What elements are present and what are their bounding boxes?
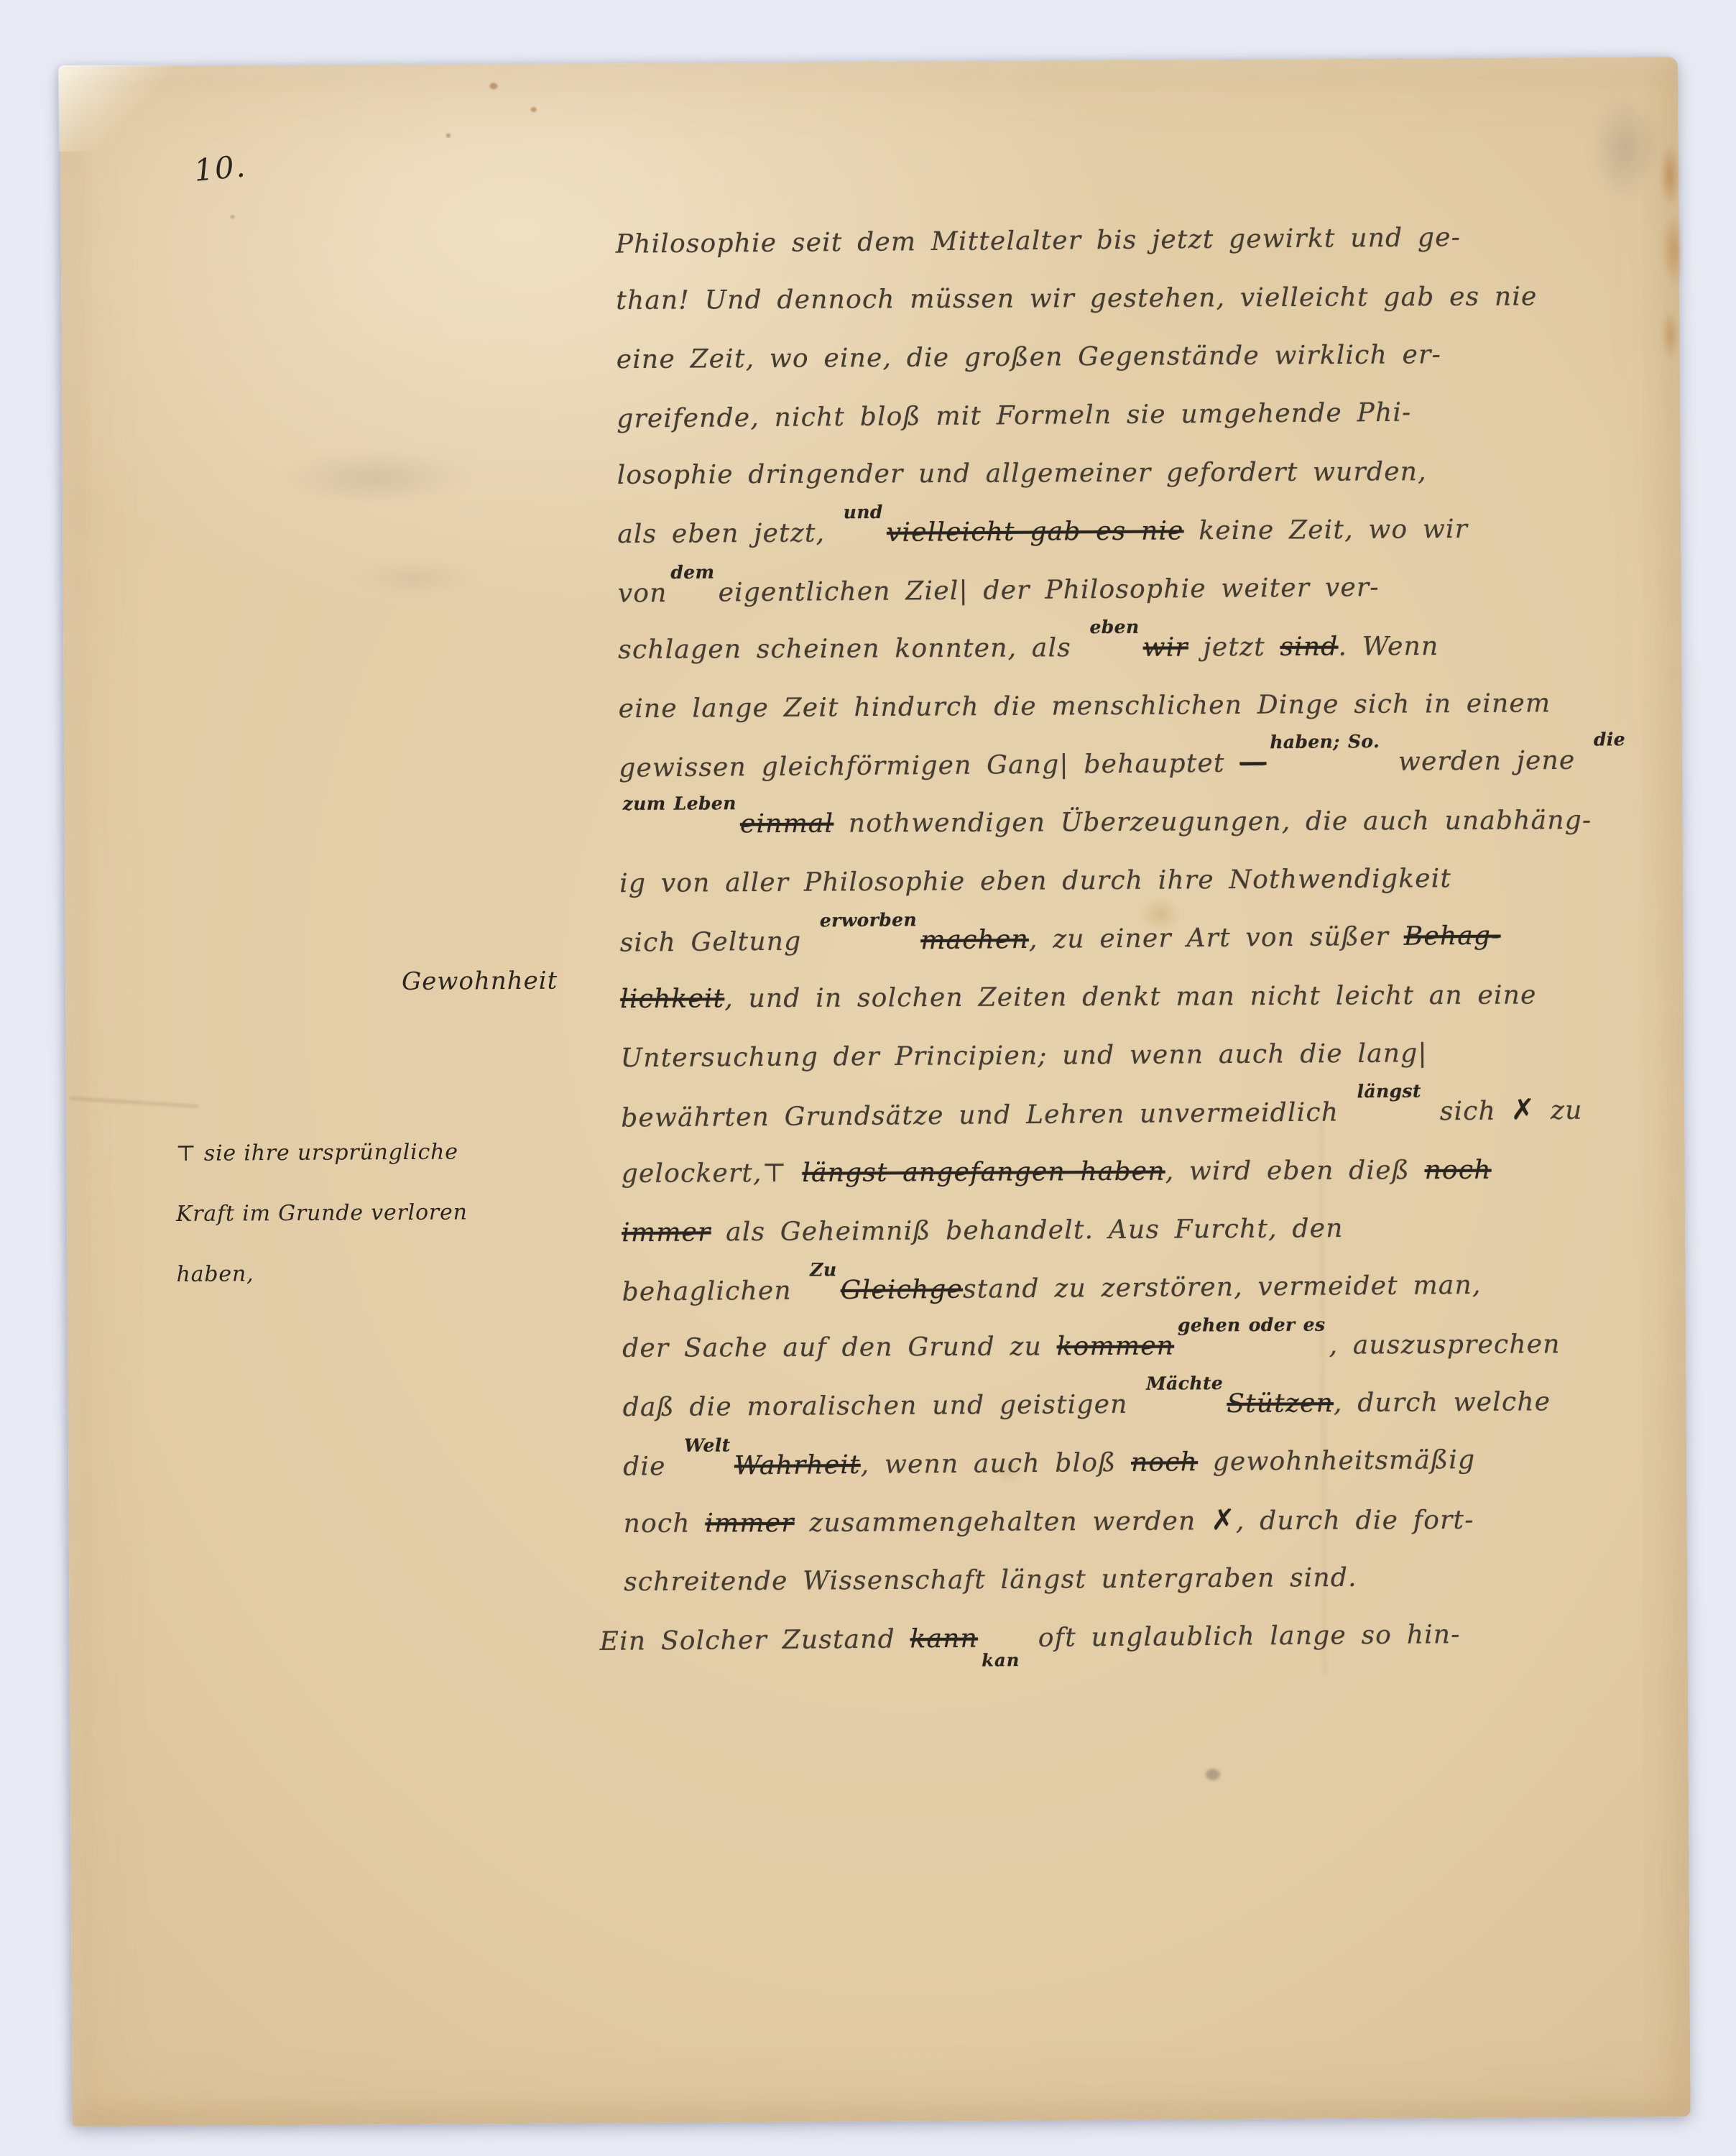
text-run: von [618,579,668,609]
text-run: jetzt [1188,632,1280,663]
text-run: behaglichen [622,1276,807,1307]
manuscript-line: gelockert,⊤ längst angefangen haben, wir… [622,1141,1632,1203]
deleted-text: wir [1143,632,1188,662]
inserted-text-above: dem [670,563,714,581]
text-run: zusammengehalten werden [795,1506,1211,1538]
deleted-text: noch [1131,1447,1198,1478]
inserted-text-above: Welt [684,1436,731,1455]
text-run: losophie dringender und allgemeiner gefo… [617,457,1427,490]
text-run: sich Geltung [620,926,817,957]
ink-bleed-ghost [275,448,476,507]
deleted-text: kommen [1057,1332,1175,1362]
smudge-top-right [1589,94,1662,203]
manuscript-line: daß die moralischen und geistigen Mächte… [622,1373,1633,1437]
foxing-dot [446,134,451,138]
text-block: Philosophie seit dem Mittelalter bis jet… [616,208,1635,1670]
manuscript-line: sich Geltung erworbenmachen, zu einer Ar… [619,906,1630,972]
text-run: stand zu zerstören, vermeidet man, [963,1271,1482,1304]
deleted-text: Gleichge [841,1275,964,1305]
text-run: als Geheimniß behandelt. Aus Furcht, den [711,1214,1343,1247]
margin-insertion-line: Kraft im Grunde verloren [176,1182,468,1244]
manuscript-line: zum Lebeneinmal nothwendigen Überzeugung… [619,791,1630,854]
text-run: than! Und dennoch müssen wir gestehen, v… [616,282,1537,315]
manuscript-line: bewährten Grundsätze und Lehren unvermei… [621,1080,1632,1147]
text-run: , zu einer Art von süßer [1029,922,1404,954]
margin-insertion-note: ⊤ sie ihre ursprüngliche Kraft im Grunde… [175,1122,468,1304]
text-run: bewährten Grundsätze und Lehren unvermei… [621,1097,1354,1133]
manuscript-line: immer als Geheimniß behandelt. Aus Furch… [622,1198,1632,1263]
text-run: , wenn auch bloß [861,1448,1132,1480]
text-run: Philosophie seit dem Mittelalter bis jet… [616,223,1462,259]
deleted-text: einmal [740,809,834,839]
page-number: 10. [193,148,248,188]
manuscript-line: eine Zeit, wo eine, die großen Gegenstän… [617,325,1627,390]
manuscript-line: eine lange Zeit hindurch die menschliche… [618,674,1628,739]
deleted-text: machen [920,925,1029,955]
inserted-text-above: längst [1357,1082,1421,1100]
deleted-text: Wahrheit [734,1450,861,1480]
inserted-text-above: haben; So. [1270,732,1380,751]
manuscript-line: vondemeigentlichen Ziel| der Philosophie… [617,556,1628,623]
text-run: der Sache auf den Grund zu [622,1332,1057,1363]
paper-spot [1206,1769,1220,1780]
manuscript-line: Philosophie seit dem Mittelalter bis jet… [615,207,1626,274]
text-run: eine lange Zeit hindurch die menschliche… [619,688,1551,724]
manuscript-line: Ein Solcher Zustand kannkan oft unglaubl… [599,1604,1635,1671]
text-run: sich [1425,1096,1511,1126]
cross-out-mark: ✗ [1510,1093,1536,1126]
manuscript-line: losophie dringender und allgemeiner gefo… [617,442,1627,505]
margin-insertion-line: ⊤ sie ihre ursprüngliche [175,1122,467,1184]
foxing-dot [489,83,497,89]
inserted-text-above: eben [1089,618,1139,636]
inserted-text-above: und [844,503,883,521]
text-run: , durch welche [1334,1387,1551,1418]
cross-out-mark: ✗ [1211,1503,1236,1537]
inserted-text-above: gehen oder es [1178,1316,1326,1335]
text-run: greifende, nicht bloß mit Formeln sie um… [617,398,1412,434]
text-run: eigentlichen Ziel| der Philosophie weite… [718,573,1379,608]
text-run: nothwendigen Überzeugungen, die auch una… [834,806,1592,839]
text-run: , auszusprechen [1329,1330,1560,1360]
manuscript-line: gewissen gleichförmigen Gang| behauptet … [619,731,1630,798]
deleted-text: längst angefangen haben [802,1157,1165,1188]
text-run: schreitende Wissenschaft längst untergra… [624,1563,1357,1597]
deleted-text: lichkeit [620,984,724,1014]
scan-background: { "scan": { "page_number": "10.", "backg… [0,0,1736,2156]
text-run: werden jene [1383,746,1590,777]
text-run: daß die moralischen und geistigen [623,1390,1143,1422]
deleted-text: — [1239,748,1267,778]
manuscript-page: 10. Gewohnheit ⊤ sie ihre ursprüngliche … [60,57,1690,2127]
paper-fold-highlight [58,65,174,152]
rust-stain-right-edge [1644,142,1681,383]
deleted-text: kann [910,1624,978,1654]
text-run: oft unglaublich lange so hin- [1023,1620,1461,1653]
inserted-text-above: Mächte [1146,1374,1223,1393]
text-run: zu [1536,1096,1583,1126]
manuscript-line: schlagen scheinen konnten, als ebenwir j… [618,617,1628,679]
foxing-dot [531,107,537,112]
inserted-text-below: kan [982,1651,1020,1669]
text-run: gewissen gleichförmigen Gang| behauptet [619,749,1239,783]
inserted-text-above: zum Leben [623,794,737,813]
text-run: ig von aller Philosophie eben durch ihre… [619,864,1451,898]
text-run: . Wenn [1338,632,1439,662]
text-run: Untersuchung der Principien; und wenn au… [621,1038,1428,1073]
text-run: keine Zeit, wo wir [1183,515,1468,545]
text-run: , wird eben dieß [1165,1156,1425,1187]
manuscript-line: als eben jetzt, undvielleicht gab es nie… [617,499,1627,564]
inserted-text-above: erworben [820,911,917,929]
text-run: , und in solchen Zeiten denkt man nicht … [724,980,1536,1013]
manuscript-line: der Sache auf den Grund zu kommengehen o… [622,1315,1633,1378]
text-run: eine Zeit, wo eine, die großen Gegenstän… [617,340,1441,374]
deleted-text: Behag- [1404,921,1501,952]
text-run: Ein Solcher Zustand [600,1624,910,1657]
inserted-text-above: die [1594,730,1625,748]
manuscript-line: die WeltWahrheit, wenn auch bloß noch ge… [623,1429,1634,1496]
margin-insertion-line: haben, [176,1243,468,1304]
margin-note-gewohnheit: Gewohnheit [402,967,558,996]
text-run: gewohnheitsmäßig [1198,1445,1476,1477]
ink-bleed-ghost [350,558,479,596]
foxing-dot [231,215,235,218]
deleted-text: immer [705,1508,794,1539]
deleted-text: vielleicht gab es nie [887,516,1184,548]
manuscript-line: noch immer zusammengehalten werden ✗, du… [623,1490,1633,1552]
text-run: als eben jetzt, [617,518,840,549]
inserted-text-above: Zu [810,1261,836,1279]
manuscript-line: Untersuchung der Principien; und wenn au… [620,1023,1630,1088]
deleted-text: sind [1280,632,1338,662]
paper-crease [69,1097,198,1107]
manuscript-line: greifende, nicht bloß mit Formeln sie um… [617,382,1627,448]
manuscript-line: schreitende Wissenschaft längst untergra… [624,1547,1634,1612]
manuscript-line: behaglichen ZuGleichgestand zu zerstören… [622,1255,1633,1322]
deleted-text: Stützen [1227,1388,1334,1419]
text-run: , durch die fort- [1236,1506,1474,1536]
manuscript-line: than! Und dennoch müssen wir gestehen, v… [616,267,1626,330]
deleted-text: noch [1425,1156,1492,1185]
text-run: noch [624,1508,706,1538]
text-run: gelockert,⊤ [622,1158,803,1189]
manuscript-line: lichkeit, und in solchen Zeiten denkt ma… [620,966,1630,1028]
manuscript-line: ig von aller Philosophie eben durch ihre… [619,849,1630,913]
text-run: die [623,1452,680,1482]
text-run: schlagen scheinen konnten, als [618,633,1086,665]
deleted-text: immer [622,1217,711,1248]
